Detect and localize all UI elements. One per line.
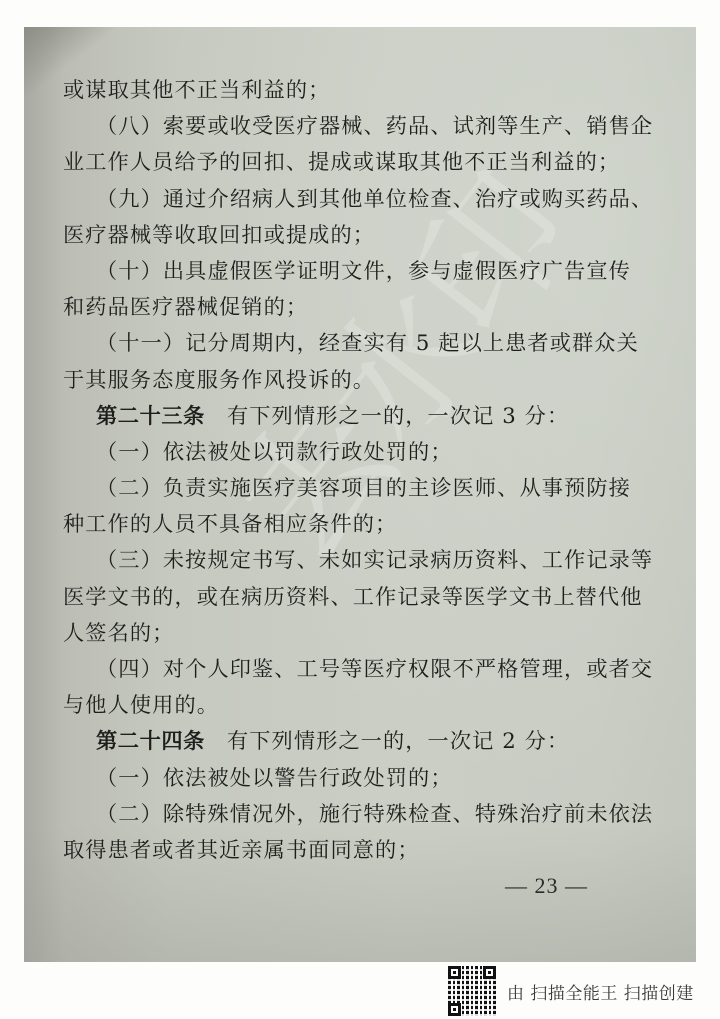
scanner-footer: 由 扫描全能王 扫描创建 (448, 966, 694, 1016)
text-line: 与他人使用的。 (63, 687, 583, 723)
article-text: 有下列情形之一的，一次记 3 分： (227, 403, 569, 428)
article-text: 有下列情形之一的，一次记 2 分： (227, 728, 569, 753)
page-number: — 23 — (505, 873, 588, 899)
text-line: （三）未按规定书写、未如实记录病历资料、工作记录等 (63, 542, 583, 578)
text-line: 取得患者或者其近亲属书面同意的； (63, 832, 583, 868)
scanner-credit: 由 扫描全能王 扫描创建 (507, 979, 694, 1004)
text-line: （十一）记分周期内，经查实有 5 起以上患者或群众关 (63, 325, 583, 361)
text-line: （二）除特殊情况外，施行特殊检查、特殊治疗前未依法 (63, 796, 583, 832)
text-line: 人签名的； (63, 615, 583, 651)
article-heading: 第二十四条 (96, 728, 205, 753)
document-body: 或谋取其他不正当利益的； （八）索要或收受医疗器械、药品、试剂等生产、销售企 业… (63, 72, 583, 868)
text-line: （十）出具虚假医学证明文件，参与虚假医疗广告宣传 (63, 253, 583, 289)
text-line: 于其服务态度服务作风投诉的。 (63, 362, 583, 398)
text-line: 医学文书的，或在病历资料、工作记录等医学文书上替代他 (63, 579, 583, 615)
article-23: 第二十三条有下列情形之一的，一次记 3 分： (63, 398, 583, 434)
text-line: （四）对个人印鉴、工号等医疗权限不严格管理，或者交 (63, 651, 583, 687)
qr-code-icon (448, 966, 496, 1016)
text-line: 医疗器械等收取回扣或提成的； (63, 217, 583, 253)
text-line: 或谋取其他不正当利益的； (63, 72, 583, 108)
text-line: （二）负责实施医疗美容项目的主诊医师、从事预防接 (63, 470, 583, 506)
article-24: 第二十四条有下列情形之一的，一次记 2 分： (63, 723, 583, 759)
text-line: （一）依法被处以罚款行政处罚的； (63, 434, 583, 470)
article-heading: 第二十三条 (96, 403, 205, 428)
text-line: 业工作人员给予的回扣、提成或谋取其他不正当利益的； (63, 144, 583, 180)
text-line: （八）索要或收受医疗器械、药品、试剂等生产、销售企 (63, 108, 583, 144)
text-line: （九）通过介绍病人到其他单位检查、治疗或购买药品、 (63, 181, 583, 217)
text-line: 和药品医疗器械促销的； (63, 289, 583, 325)
text-line: 种工作的人员不具备相应条件的； (63, 506, 583, 542)
text-line: （一）依法被处以警告行政处罚的； (63, 760, 583, 796)
